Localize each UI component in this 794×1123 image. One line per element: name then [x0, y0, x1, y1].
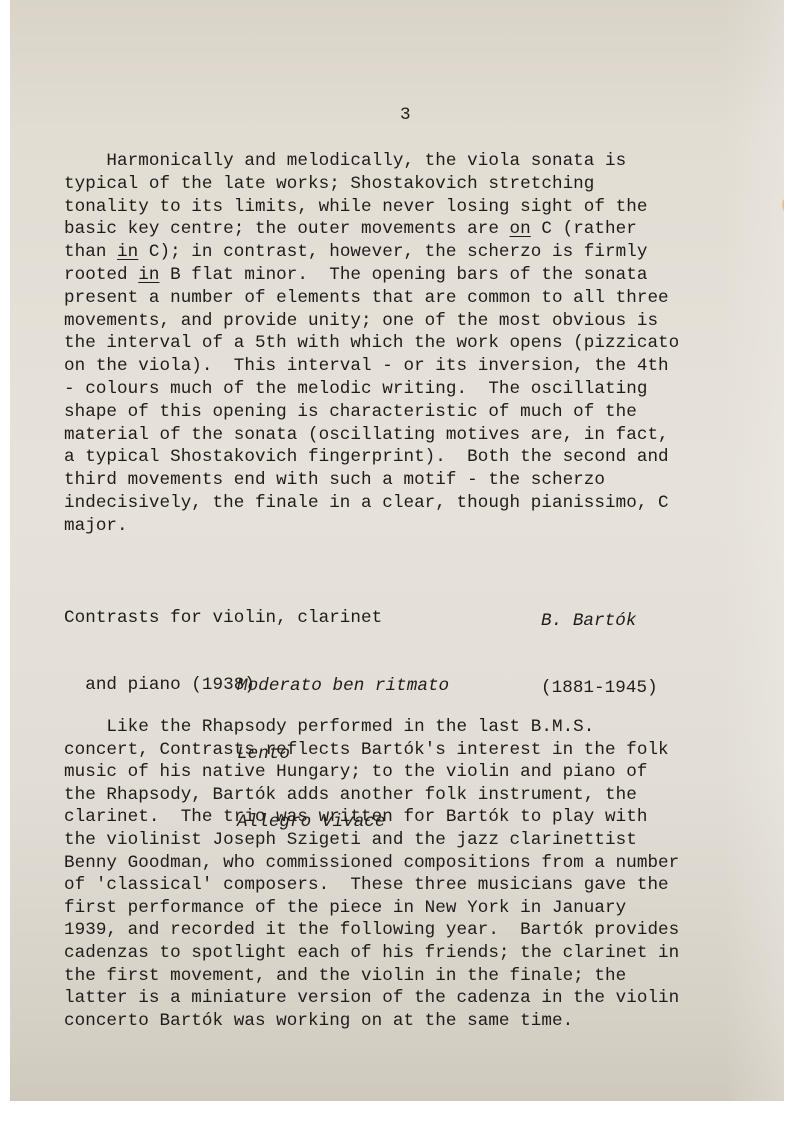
- text-line: concerto Bartók was working on at the sa…: [64, 1010, 679, 1033]
- text-line: Harmonically and melodically, the viola …: [64, 150, 679, 173]
- text-line: music of his native Hungary; to the viol…: [64, 761, 679, 784]
- text-line: - colours much of the melodic writing. T…: [64, 378, 679, 401]
- paragraph-shostakovich-sonata: Harmonically and melodically, the viola …: [64, 150, 679, 538]
- text-line: the interval of a 5th with which the wor…: [64, 332, 679, 355]
- text-line: latter is a miniature version of the cad…: [64, 987, 679, 1010]
- text-line: typical of the late works; Shostakovich …: [64, 173, 679, 196]
- text-line: cadenzas to spotlight each of his friend…: [64, 942, 679, 965]
- text-line: 1939, and recorded it the following year…: [64, 919, 679, 942]
- text-segment: basic key centre; the outer movements ar…: [64, 219, 510, 239]
- text-line: third movements end with such a motif - …: [64, 469, 679, 492]
- text-line: Benny Goodman, who commissioned composit…: [64, 852, 679, 875]
- work-title-line-1: Contrasts for violin, clarinet: [64, 607, 382, 629]
- page-number: 3: [400, 104, 411, 127]
- text-line: the violinist Joseph Szigeti and the jaz…: [64, 829, 679, 852]
- underlined-word: on: [510, 219, 531, 239]
- text-line: indecisively, the finale in a clear, tho…: [64, 492, 679, 515]
- underlined-word: in: [117, 242, 138, 262]
- text-line: present a number of elements that are co…: [64, 287, 679, 310]
- paragraph-bartok-contrasts: Like the Rhapsody performed in the last …: [64, 716, 679, 1032]
- text-segment: B flat minor. The opening bars of the so…: [159, 265, 647, 285]
- text-line: major.: [64, 515, 679, 538]
- text-line: material of the sonata (oscillating moti…: [64, 424, 679, 447]
- text-line: shape of this opening is characteristic …: [64, 401, 679, 424]
- text-line: the first movement, and the violin in th…: [64, 965, 679, 988]
- text-line: basic key centre; the outer movements ar…: [64, 218, 679, 241]
- text-line: rooted in B flat minor. The opening bars…: [64, 264, 679, 287]
- text-segment: C (rather: [531, 219, 637, 239]
- text-line: a typical Shostakovich fingerprint). Bot…: [64, 446, 679, 469]
- text-line: Like the Rhapsody performed in the last …: [64, 716, 679, 739]
- text-line: tonality to its limits, while never losi…: [64, 196, 679, 219]
- composer-name: B. Bartók: [541, 610, 658, 632]
- text-line: than in C); in contrast, however, the sc…: [64, 241, 679, 264]
- text-segment: C); in contrast, however, the scherzo is…: [138, 242, 647, 262]
- underlined-word: in: [138, 265, 159, 285]
- text-line: of 'classical' composers. These three mu…: [64, 874, 679, 897]
- text-segment: rooted: [64, 265, 138, 285]
- text-line: concert, Contrasts reflects Bartók's int…: [64, 739, 679, 762]
- composer-dates: (1881-1945): [541, 677, 658, 699]
- paper-stain: [782, 198, 784, 212]
- text-segment: than: [64, 242, 117, 262]
- text-line: on the viola). This interval - or its in…: [64, 355, 679, 378]
- text-line: movements, and provide unity; one of the…: [64, 310, 679, 333]
- text-line: first performance of the piece in New Yo…: [64, 897, 679, 920]
- text-line: clarinet. The trio was written for Bartó…: [64, 806, 679, 829]
- movement-1: Moderato ben ritmato: [237, 675, 449, 698]
- text-line: the Rhapsody, Bartók adds another folk i…: [64, 784, 679, 807]
- document-page: 3 Harmonically and melodically, the viol…: [10, 0, 784, 1101]
